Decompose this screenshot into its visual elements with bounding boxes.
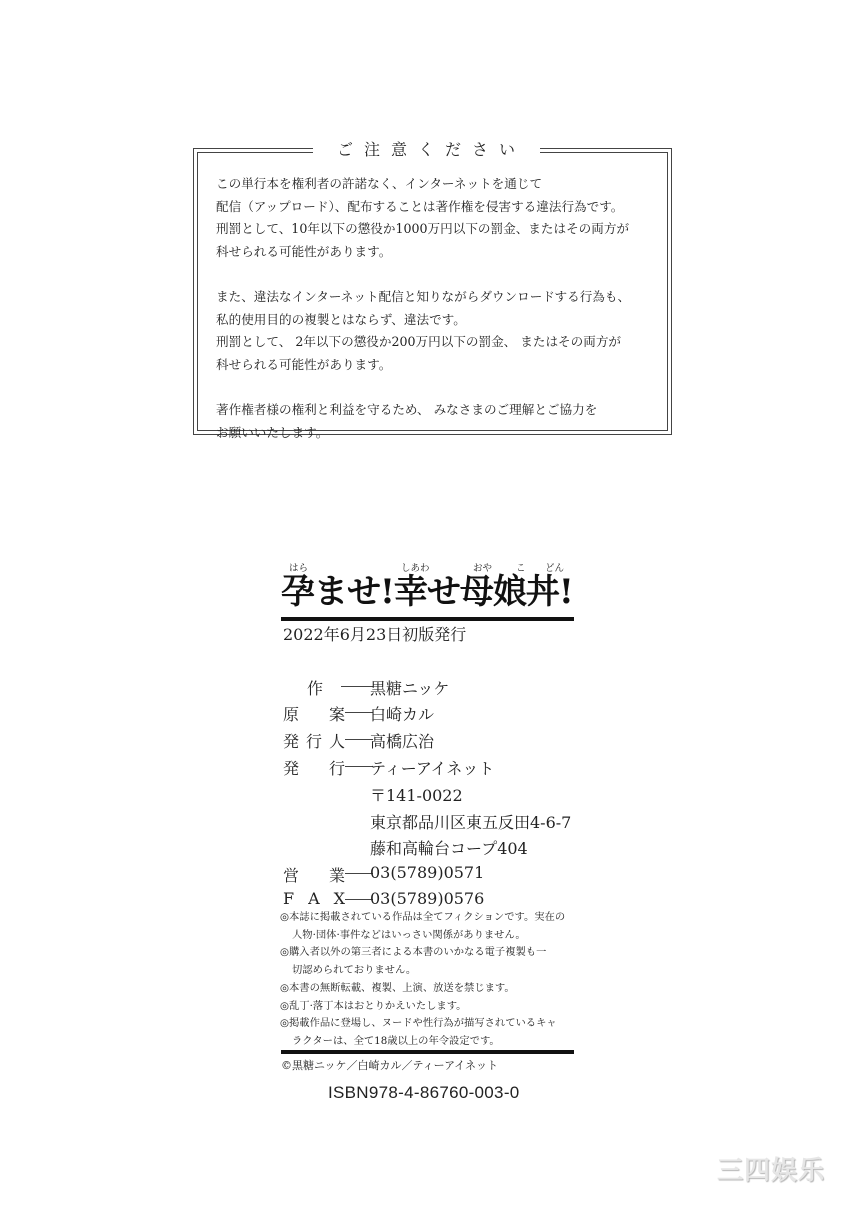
credit-label-char: 営 — [283, 863, 299, 886]
bottom-rule — [281, 1050, 574, 1054]
credit-label-char: 行 — [306, 729, 322, 752]
credit-label: 発行 — [283, 756, 345, 779]
copyright-line: ©黒糖ニッケ／白崎カル／ティーアイネット — [281, 1057, 498, 1073]
credit-dash — [341, 686, 373, 687]
notice-title-wrap: ご注意ください — [0, 140, 853, 159]
credit-label-char: 作 — [307, 676, 323, 699]
watermark-logo: 三四娱乐 — [717, 1150, 825, 1187]
credit-label-char: 発 — [283, 729, 299, 752]
note-item: ◎掲載作品に登場し、ヌードや性行為が描写されているキャラクターは、全て18歳以上… — [280, 1015, 580, 1050]
notice-line: 著作権者様の権利と利益を守るため、 みなさまのご理解とご協力を — [216, 399, 661, 422]
notice-body: この単行本を権利者の許諾なく、インターネットを通じて 配信（アップロード）、配布… — [216, 173, 661, 467]
credit-value: 03(5789)0576 — [370, 889, 484, 908]
ruby-text: しあわ — [401, 560, 430, 574]
credit-label-char: F — [283, 889, 294, 908]
notice-line: この単行本を権利者の許諾なく、インターネットを通じて — [216, 173, 661, 196]
notice-line: 配信（アップロード）、配布することは著作権を侵害する違法行為です。 — [216, 196, 661, 219]
note-line: ◎乱丁·落丁本はおとりかえいたします。 — [280, 998, 580, 1016]
credit-label: 発行人 — [283, 729, 345, 752]
note-line: ◎購入者以外の第三者による本書のいかなる電子複製も一 — [280, 944, 580, 962]
book-title: 孕ませ!幸せ母娘丼! — [281, 574, 601, 610]
credit-value: 東京都品川区東五反田4-6-7 — [370, 810, 571, 833]
note-item: ◎本書の無断転載、複製、上演、放送を禁じます。 — [280, 980, 580, 998]
credit-value: ティーアイネット — [370, 756, 494, 779]
note-item: ◎乱丁·落丁本はおとりかえいたします。 — [280, 998, 580, 1016]
notice-line: お願いいたします。 — [216, 422, 661, 445]
credit-label-char: 人 — [329, 729, 345, 752]
notice-line: また、違法なインターネット配信と知りながらダウンロードする行為も、 — [216, 286, 661, 309]
credit-value: 03(5789)0571 — [370, 863, 484, 882]
note-line-continued: 人物·団体·事件などはいっさい関係がありません。 — [280, 927, 580, 945]
notes-list: ◎本誌に掲載されている作品は全てフィクションです。実在の人物·団体·事件などはい… — [280, 909, 580, 1051]
credit-dash — [345, 712, 373, 713]
credit-label: FAX — [283, 889, 345, 908]
notice-paragraph: また、違法なインターネット配信と知りながらダウンロードする行為も、 私的使用目的… — [216, 286, 661, 376]
notice-title: ご注意ください — [313, 141, 540, 159]
credit-value: 黒糖ニッケ — [370, 676, 449, 699]
notice-line: 刑罰として、10年以下の懲役か1000万円以下の罰金、またはその両方が — [216, 218, 661, 241]
credit-label-char: 行 — [329, 756, 345, 779]
note-line-continued: ラクターは、全て18歳以上の年令設定です。 — [280, 1033, 580, 1051]
credit-label-char: X — [334, 889, 345, 908]
credit-label: 原案 — [283, 702, 345, 725]
credit-dash — [345, 766, 373, 767]
credit-label: 営業 — [283, 863, 345, 886]
notice-line: 科せられる可能性があります。 — [216, 354, 661, 377]
note-line: ◎掲載作品に登場し、ヌードや性行為が描写されているキャ — [280, 1015, 580, 1033]
credit-label-char: A — [308, 889, 320, 908]
credit-dash — [345, 739, 373, 740]
credit-label-char: 業 — [329, 863, 345, 886]
note-line-continued: 切認められておりません。 — [280, 962, 580, 980]
notice-line: 私的使用目的の複製とはならず、違法です。 — [216, 309, 661, 332]
credit-label-char: 原 — [283, 702, 299, 725]
isbn: ISBN978-4-86760-003-0 — [328, 1083, 520, 1103]
credit-value: 白崎カル — [370, 702, 434, 725]
credit-label-char: 案 — [329, 702, 345, 725]
credit-dash — [345, 873, 373, 874]
notice-line: 刑罰として、 2年以下の懲役か200万円以下の罰金、 またはその両方が — [216, 331, 661, 354]
ruby-text: おや — [473, 560, 492, 574]
ruby-text: どん — [545, 560, 564, 574]
note-item: ◎購入者以外の第三者による本書のいかなる電子複製も一切認められておりません。 — [280, 944, 580, 979]
note-line: ◎本書の無断転載、複製、上演、放送を禁じます。 — [280, 980, 580, 998]
credit-label-char: 発 — [283, 756, 299, 779]
title-ruby: はらしあわおやこどん — [281, 560, 601, 574]
publication-date: 2022年6月23日初版発行 — [283, 622, 466, 645]
credit-value: 藤和高輪台コープ404 — [370, 836, 528, 859]
ruby-text: こ — [516, 560, 526, 574]
title-rule — [281, 617, 574, 621]
credit-value: 〒141-0022 — [370, 783, 463, 806]
note-line: ◎本誌に掲載されている作品は全てフィクションです。実在の — [280, 909, 580, 927]
notice-line: 科せられる可能性があります。 — [216, 241, 661, 264]
notice-paragraph: 著作権者様の権利と利益を守るため、 みなさまのご理解とご協力を お願いいたします… — [216, 399, 661, 444]
book-title-block: はらしあわおやこどん 孕ませ!幸せ母娘丼! — [281, 560, 601, 610]
credit-value: 高橋広治 — [370, 729, 434, 752]
credit-label: 作 — [295, 676, 335, 699]
notice-paragraph: この単行本を権利者の許諾なく、インターネットを通じて 配信（アップロード）、配布… — [216, 173, 661, 263]
note-item: ◎本誌に掲載されている作品は全てフィクションです。実在の人物·団体·事件などはい… — [280, 909, 580, 944]
ruby-text: はら — [289, 560, 308, 574]
credit-dash — [345, 899, 373, 900]
